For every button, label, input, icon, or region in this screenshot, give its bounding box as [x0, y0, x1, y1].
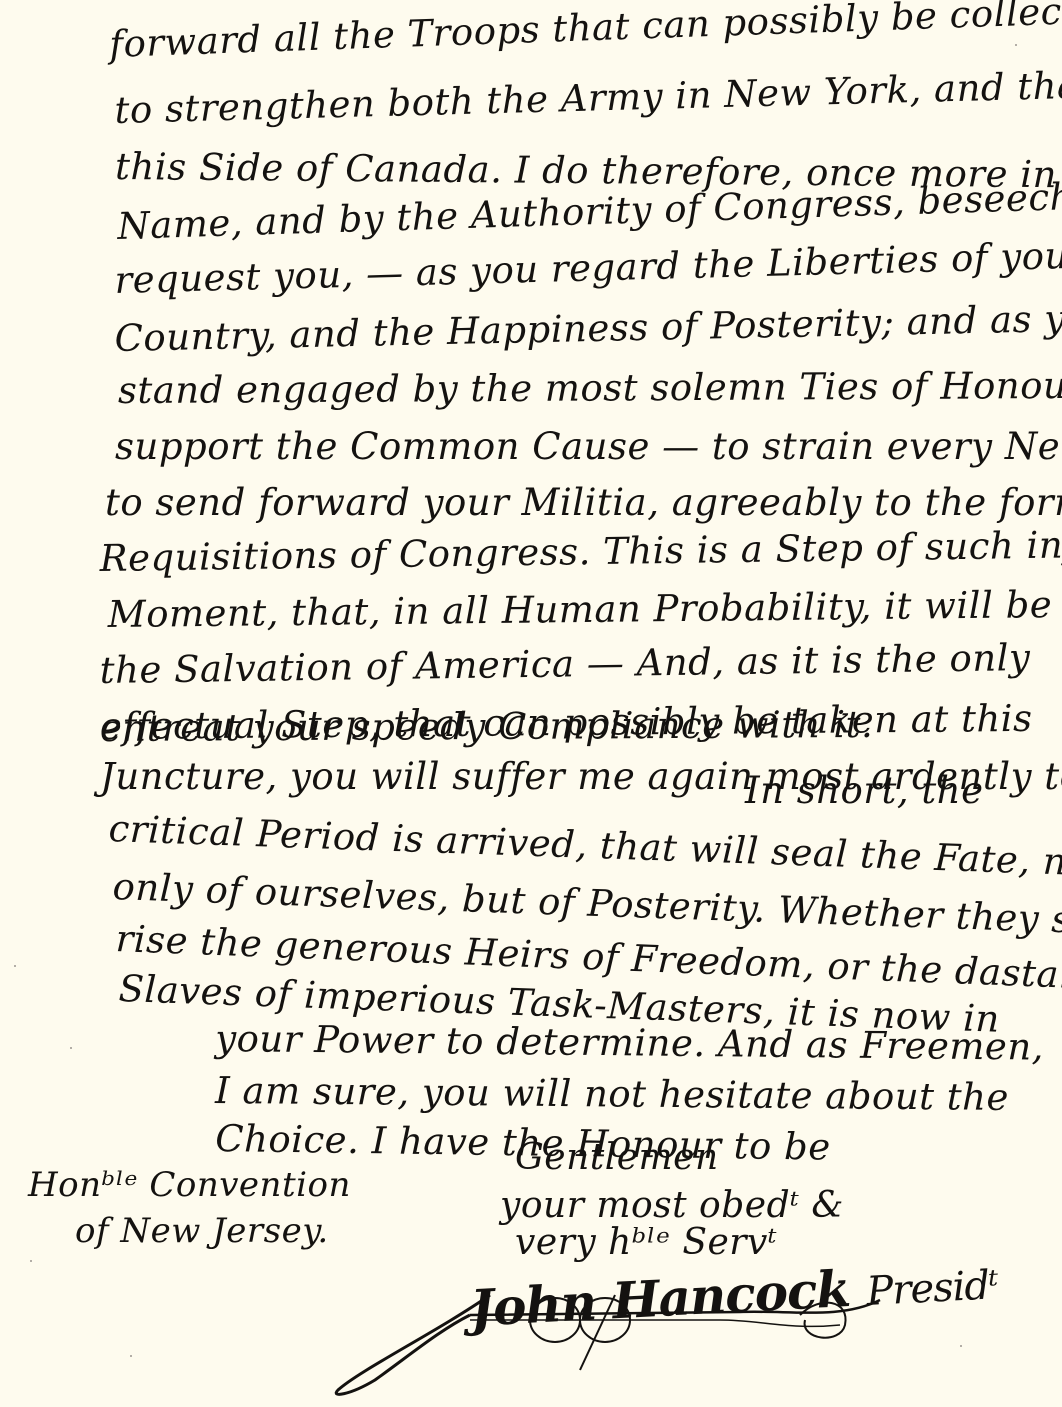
closing-complimentary-2: very hᵇˡᵉ Servᵗ	[515, 1225, 777, 1261]
letter-line: request you, — as you regard the Liberti…	[114, 237, 1062, 299]
letter-line: your Power to determine. And as Freemen,	[215, 1020, 1044, 1066]
signature: John Hancock Presidᵗ	[469, 1251, 999, 1338]
paper-speck	[960, 1345, 962, 1347]
signature-name: John Hancock	[469, 1259, 852, 1338]
letter-page: forward all the Troops that can possibly…	[0, 0, 1062, 1407]
letter-line: I am sure, you will not hesitate about t…	[215, 1072, 1009, 1116]
addressee-line-2: of New Jersey.	[75, 1214, 329, 1248]
letter-line: Moment, that, in all Human Probability, …	[108, 586, 1053, 633]
letter-line: Country, and the Happiness of Posterity;…	[114, 299, 1062, 357]
paragraph-opening-line: In short, the	[745, 772, 983, 809]
paper-speck	[30, 1260, 32, 1262]
letter-line: Requisitions of Congress. This is a Step…	[99, 525, 1062, 577]
addressee-line-1: Honᵇˡᵉ Convention	[28, 1168, 351, 1202]
paper-speck	[14, 965, 16, 967]
letter-line: entreat your speedy Compliance with it.	[100, 706, 874, 747]
letter-line: the Salvation of America — And, as it is…	[99, 639, 1030, 689]
signature-title: Presidᵗ	[865, 1262, 999, 1315]
letter-line: to send forward your Militia, agreeably …	[105, 484, 1062, 521]
closing-complimentary-1: your most obedᵗ &	[500, 1188, 844, 1224]
paper-speck	[130, 1355, 132, 1357]
paper-speck	[70, 1047, 72, 1049]
paper-speck	[1015, 44, 1017, 46]
letter-line: to strengthen both the Army in New York,…	[114, 65, 1062, 129]
letter-line: support the Common Cause — to strain eve…	[115, 428, 1062, 465]
letter-line: forward all the Troops that can possibly…	[109, 0, 1062, 63]
closing-salutation: Gentlemen	[515, 1140, 719, 1176]
letter-line: stand engaged by the most solemn Ties of…	[118, 367, 1062, 409]
